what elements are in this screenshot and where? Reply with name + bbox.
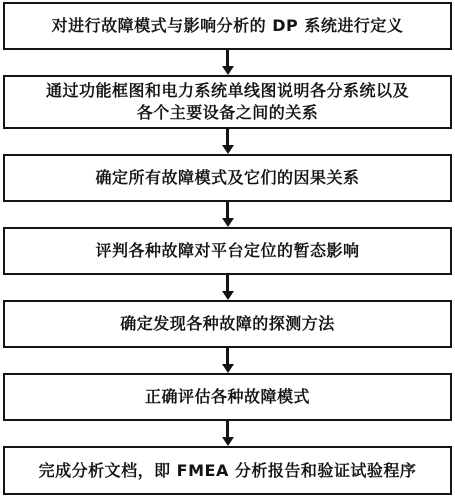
- arrow-head-icon: [222, 364, 234, 373]
- arrow-head-icon: [222, 66, 234, 75]
- arrow-line: [226, 275, 229, 292]
- flow-step-label: 确定发现各种故障的探测方法: [120, 313, 335, 335]
- flow-step-define-dp-system: 对进行故障模式与影响分析的 DP 系统进行定义: [3, 2, 452, 50]
- arrow-head-icon: [222, 145, 234, 154]
- arrow-head-icon: [222, 291, 234, 300]
- flow-step-evaluate-transient-effects: 评判各种故障对平台定位的暂态影响: [3, 227, 452, 275]
- arrow-line: [226, 348, 229, 365]
- fmea-process-flowchart: 对进行故障模式与影响分析的 DP 系统进行定义 通过功能框图和电力系统单线图说明…: [0, 0, 455, 498]
- arrow-head-icon: [222, 437, 234, 446]
- flow-step-assess-failure-modes: 正确评估各种故障模式: [3, 373, 452, 421]
- down-arrow-6: [3, 421, 452, 446]
- down-arrow-2: [3, 129, 452, 154]
- flow-step-describe-subsystems: 通过功能框图和电力系统单线图说明各分系统以及 各个主要设备之间的关系: [3, 75, 452, 129]
- flow-step-label: 确定所有故障模式及它们的因果关系: [95, 167, 359, 189]
- flow-step-label: 完成分析文档，即 FMEA 分析报告和验证试验程序: [39, 460, 417, 482]
- arrow-head-icon: [222, 218, 234, 227]
- arrow-line: [226, 202, 229, 219]
- flow-step-label: 评判各种故障对平台定位的暂态影响: [95, 240, 359, 262]
- arrow-line: [226, 129, 229, 146]
- down-arrow-3: [3, 202, 452, 227]
- arrow-line: [226, 421, 229, 438]
- arrow-line: [226, 50, 229, 67]
- flow-step-label: 对进行故障模式与影响分析的 DP 系统进行定义: [52, 15, 404, 37]
- flow-step-label: 正确评估各种故障模式: [145, 386, 310, 408]
- down-arrow-4: [3, 275, 452, 300]
- down-arrow-1: [3, 50, 452, 75]
- flow-step-label-line2: 各个主要设备之间的关系: [137, 102, 319, 124]
- flow-step-complete-fmea-documents: 完成分析文档，即 FMEA 分析报告和验证试验程序: [3, 446, 452, 495]
- flow-step-identify-failure-modes: 确定所有故障模式及它们的因果关系: [3, 154, 452, 202]
- down-arrow-5: [3, 348, 452, 373]
- flow-step-label-line1: 通过功能框图和电力系统单线图说明各分系统以及: [46, 80, 409, 102]
- flow-step-determine-detection-methods: 确定发现各种故障的探测方法: [3, 300, 452, 348]
